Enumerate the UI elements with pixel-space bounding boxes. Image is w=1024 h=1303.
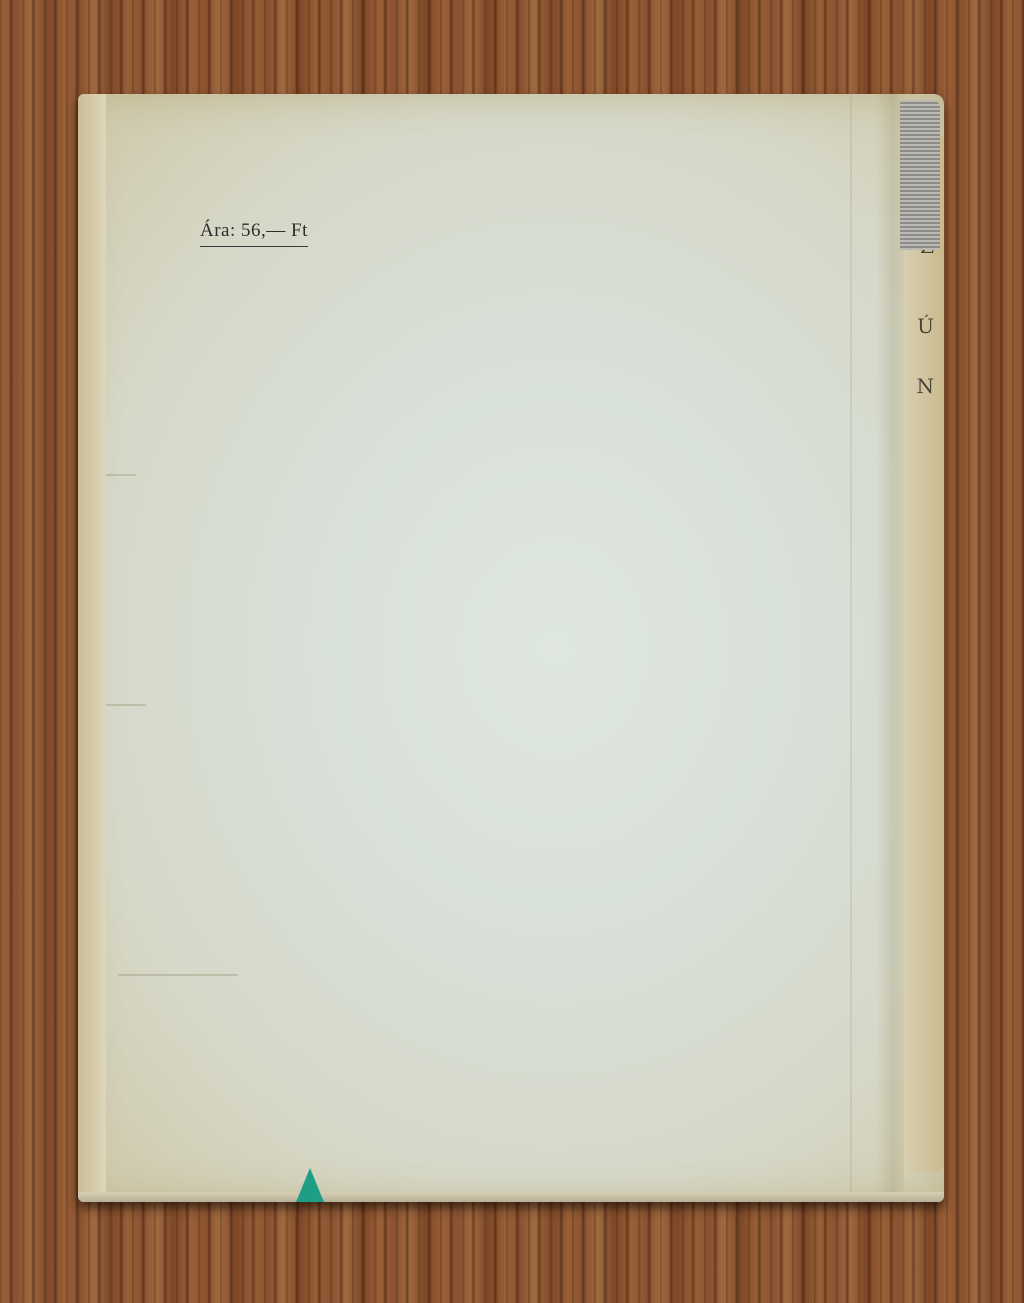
spine-letter: N <box>917 374 935 398</box>
tear-mark <box>106 704 146 706</box>
book-back-cover: Z Ú N Ára: 56,— Ft <box>78 94 944 1202</box>
spine-crease <box>850 94 852 1194</box>
spine-letter: Ú <box>917 314 934 338</box>
exposed-cloth-binding <box>900 100 940 250</box>
book-spine: Z Ú N <box>904 134 944 1172</box>
spine-fold-shadow <box>876 94 904 1202</box>
tear-mark <box>106 474 136 476</box>
book-bottom-edge <box>78 1192 944 1202</box>
teal-cover-corner <box>296 1168 324 1202</box>
price-label: Ára: 56,— Ft <box>200 220 308 247</box>
crease-line <box>118 974 238 976</box>
book-left-edge <box>78 94 106 1202</box>
